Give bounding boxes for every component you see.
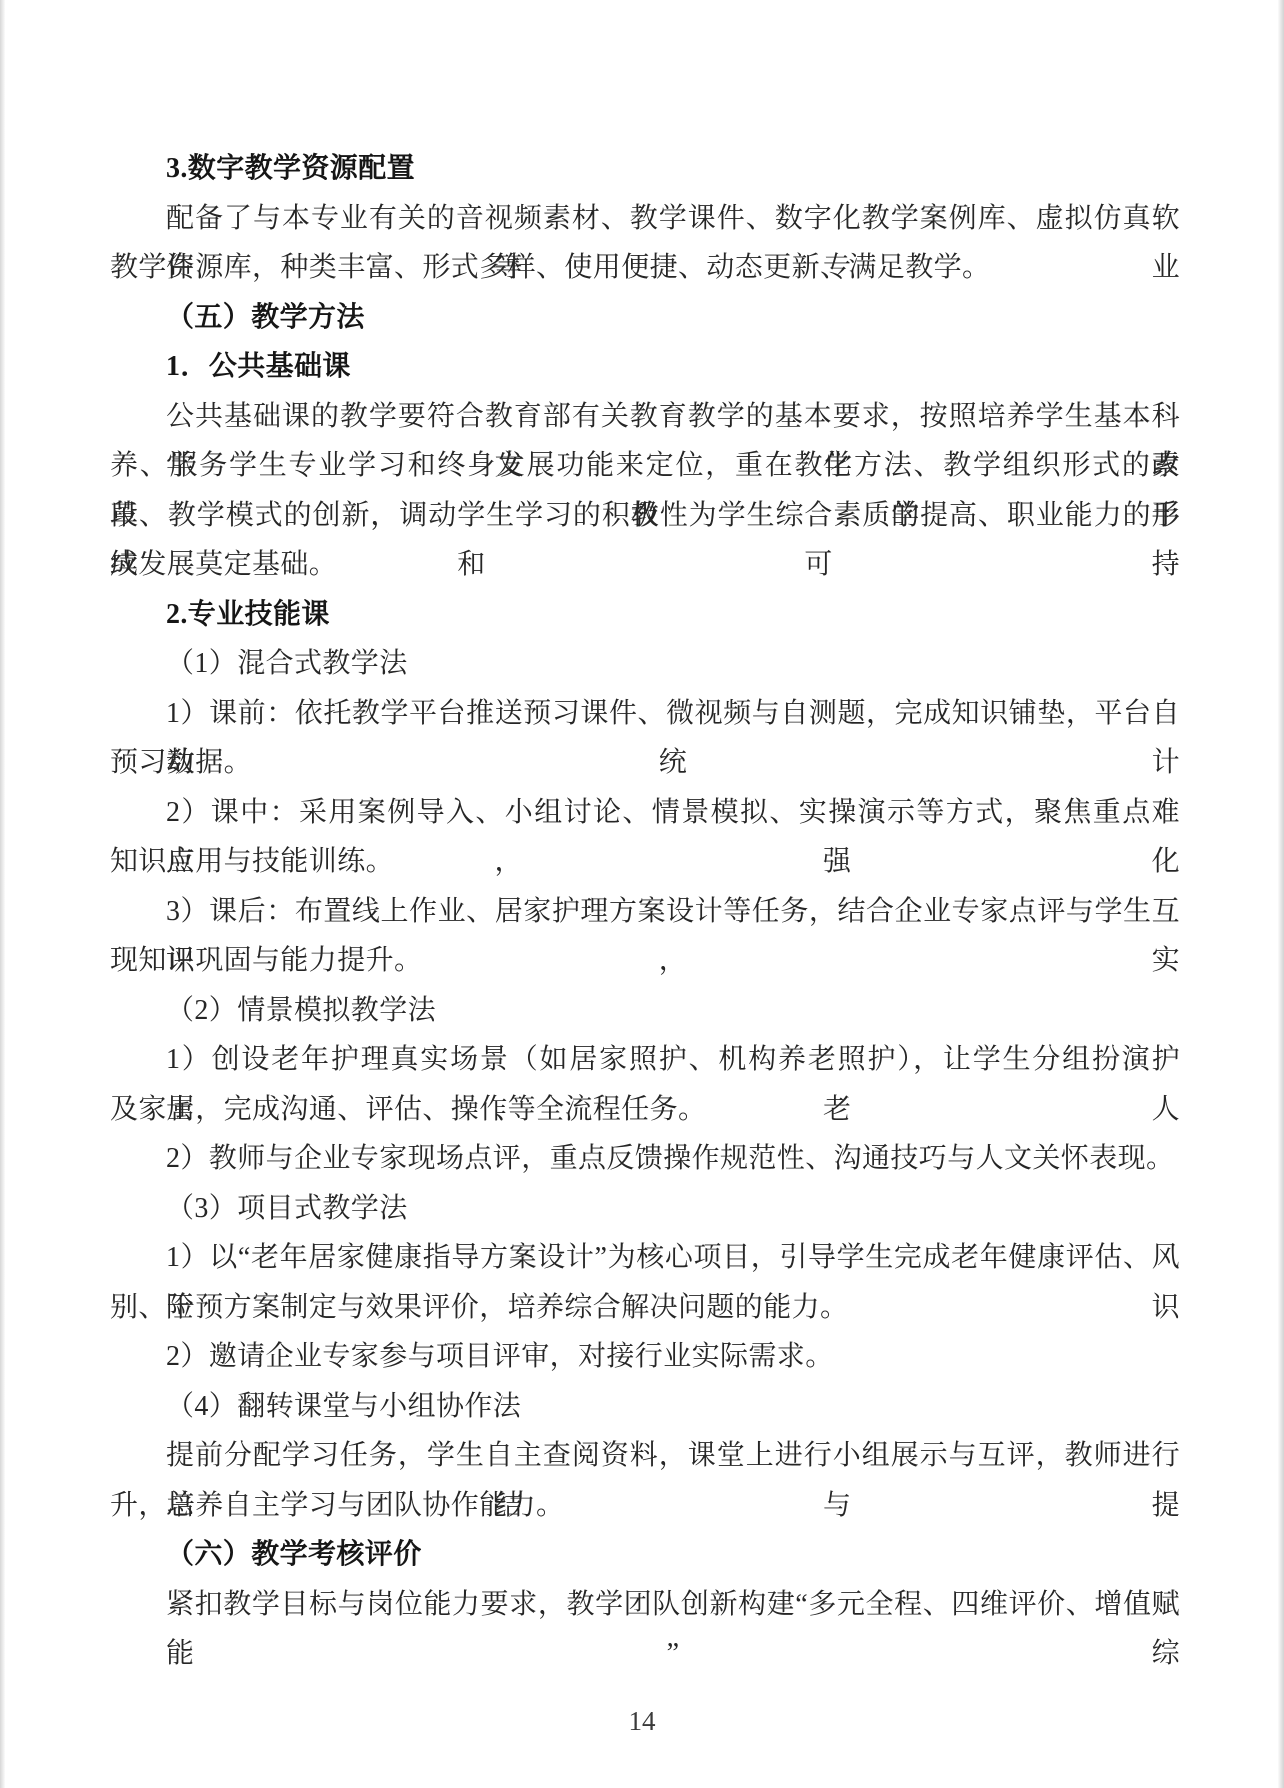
text-line: （2）情景模拟教学法: [110, 986, 1180, 1036]
text-line: 1）以“老年居家健康指导方案设计”为核心项目，引导学生完成老年健康评估、风险识: [110, 1233, 1180, 1283]
text-line: 2）邀请企业专家参与项目评审，对接行业实际需求。: [110, 1332, 1180, 1382]
text-line: （1）混合式教学法: [110, 639, 1180, 689]
heading-line: 3.数字教学资源配置: [110, 144, 1180, 194]
document-page: 3.数字教学资源配置配备了与本专业有关的音视频素材、教学课件、数字化教学案例库、…: [0, 0, 1284, 1788]
heading-line: 1．公共基础课: [110, 342, 1180, 392]
text-line: 3）课后：布置线上作业、居家护理方案设计等任务，结合企业专家点评与学生互评，实: [110, 887, 1180, 937]
text-line: 紧扣教学目标与岗位能力要求，教学团队创新构建“多元全程、四维评价、增值赋能”综: [110, 1580, 1180, 1630]
text-line: （3）项目式教学法: [110, 1184, 1180, 1234]
text-line: 配备了与本专业有关的音视频素材、教学课件、数字化教学案例库、虚拟仿真软件等专业: [110, 194, 1180, 244]
text-line: 提前分配学习任务，学生自主查阅资料，课堂上进行小组展示与互评，教师进行总结与提: [110, 1431, 1180, 1481]
heading-line: （五）教学方法: [110, 293, 1180, 343]
page-number: 14: [0, 1706, 1284, 1737]
text-line: （4）翻转课堂与小组协作法: [110, 1382, 1180, 1432]
text-line: 1）课前：依托教学平台推送预习课件、微视频与自测题，完成知识铺垫，平台自动统计: [110, 689, 1180, 739]
heading-line: （六）教学考核评价: [110, 1530, 1180, 1580]
text-line: 养、服务学生专业学习和终身发展功能来定位，重在教学方法、教学组织形式的改革，教学…: [110, 441, 1180, 491]
text-line: 2）教师与企业专家现场点评，重点反馈操作规范性、沟通技巧与人文关怀表现。: [110, 1134, 1180, 1184]
text-line: 公共基础课的教学要符合教育部有关教育教学的基本要求，按照培养学生基本科学文化素: [110, 392, 1180, 442]
text-line: 2）课中：采用案例导入、小组讨论、情景模拟、实操演示等方式，聚焦重点难点，强化: [110, 788, 1180, 838]
text-line: 段、教学模式的创新，调动学生学习的积极性为学生综合素质的提高、职业能力的形成和可…: [110, 491, 1180, 541]
document-body: 3.数字教学资源配置配备了与本专业有关的音视频素材、教学课件、数字化教学案例库、…: [110, 144, 1180, 1629]
page-left-edge: [0, 0, 5, 1788]
text-line: 1）创设老年护理真实场景（如居家照护、机构养老照护），让学生分组扮演护士、老人: [110, 1035, 1180, 1085]
page-right-edge: [1278, 0, 1284, 1788]
heading-line: 2.专业技能课: [110, 590, 1180, 640]
